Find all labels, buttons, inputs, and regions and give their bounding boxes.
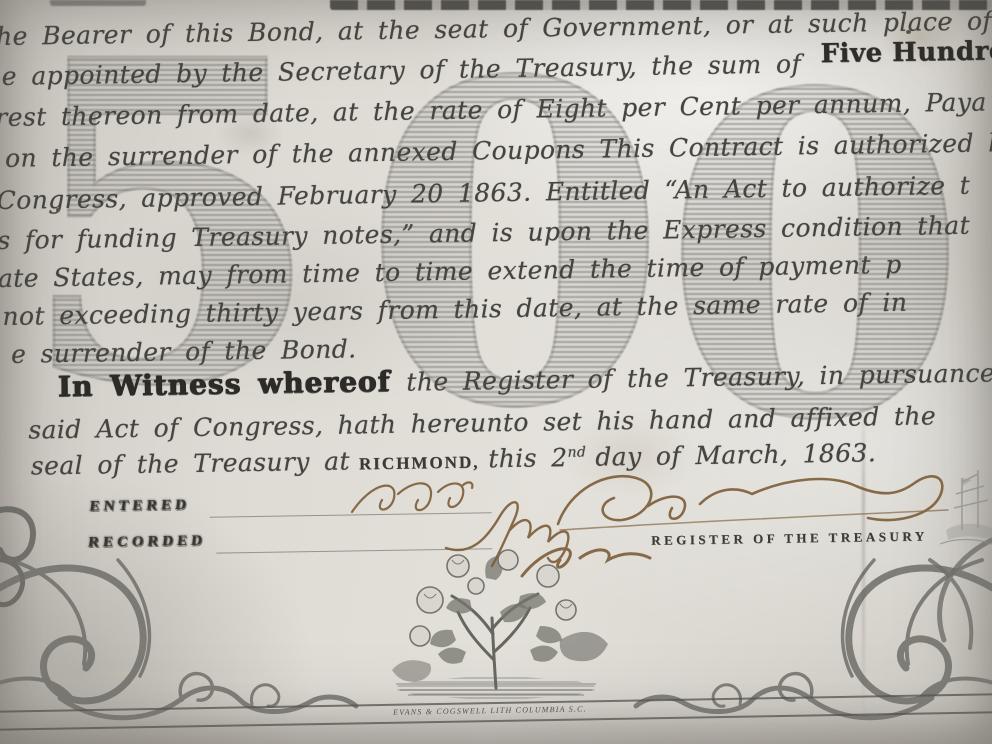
flourish-signature: [522, 549, 650, 576]
ink-signatures: [0, 0, 992, 744]
entered-signature: [352, 482, 472, 512]
register-signature: [558, 476, 942, 524]
bond-document-photo: 5 0 0 he Bearer of this Bond, at the sea…: [0, 0, 992, 744]
recorded-signature: [446, 502, 568, 566]
paper-crease: [862, 400, 865, 720]
